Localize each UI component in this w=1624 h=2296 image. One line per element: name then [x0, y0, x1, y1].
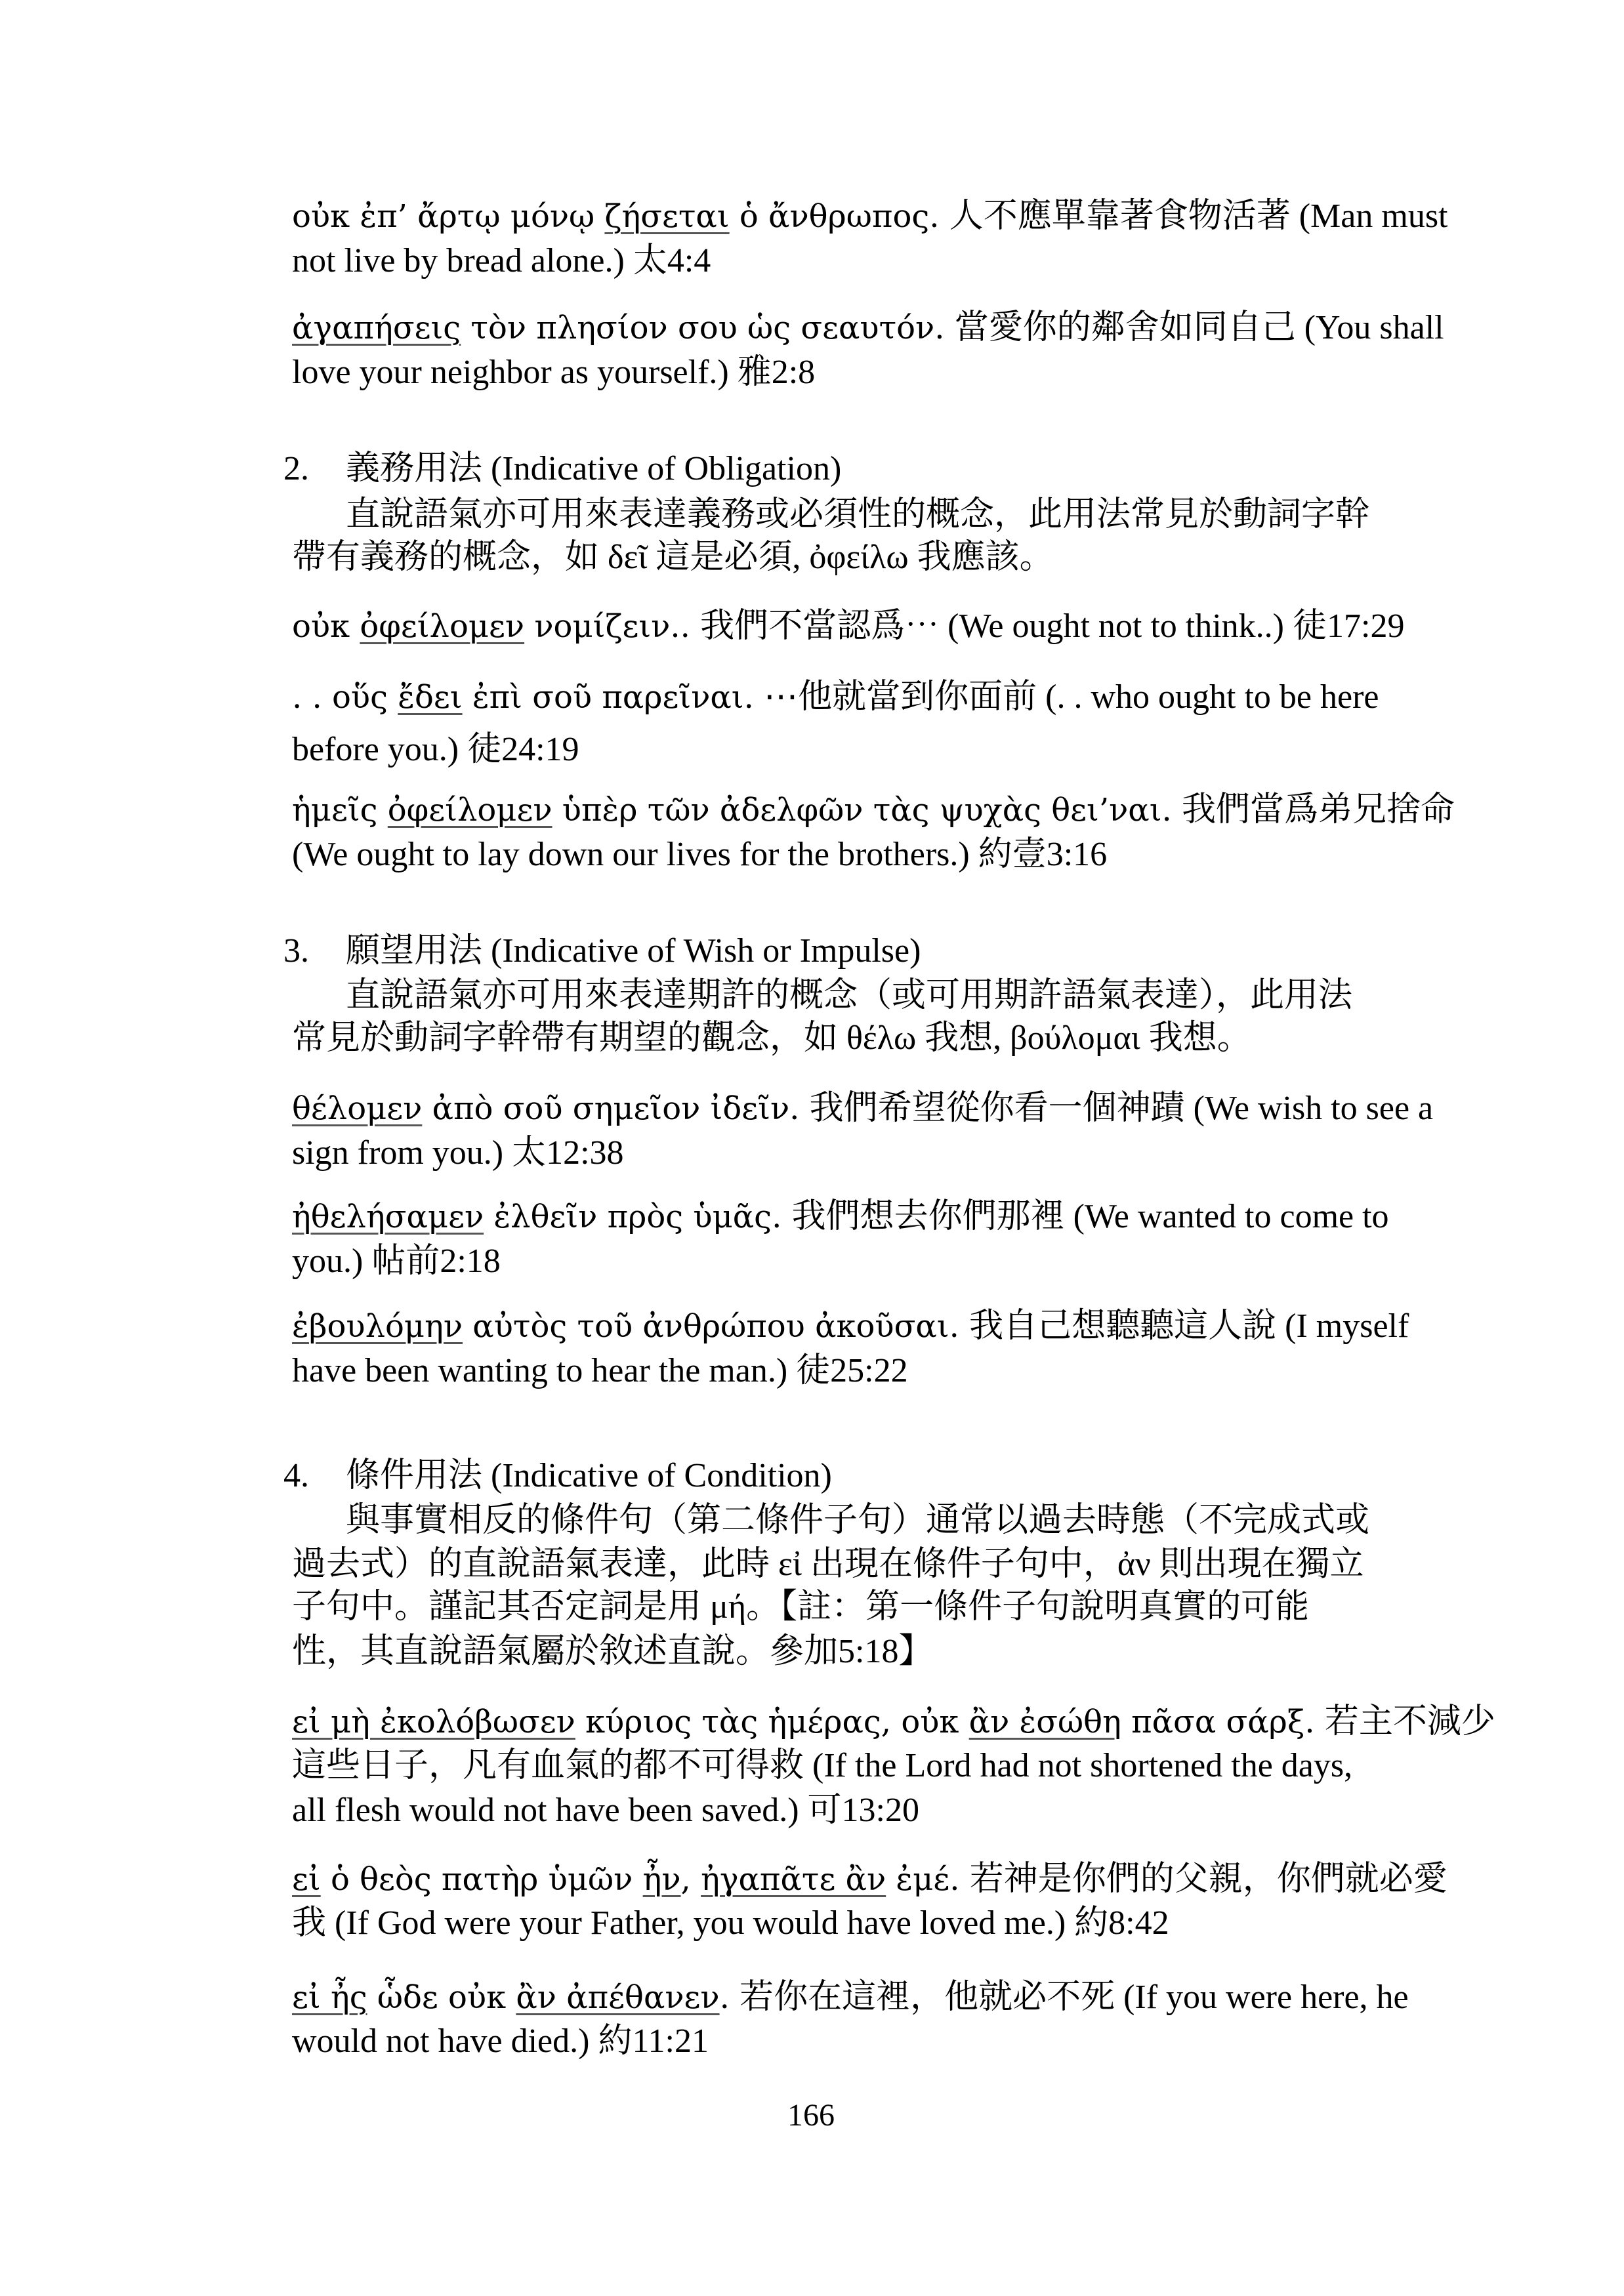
example-line: all flesh would not have been saved.) 可1… [292, 1788, 919, 1834]
document-page: οὐκ ἐπ’ ἄρτῳ μόνῳ ζήσεται ὁ ἄνθρωπος. 人不… [0, 0, 1624, 2296]
example-line: . . οὕς ἔδει ἐπὶ σοῦ παρεῖναι. ⋯他就當到你面前 … [292, 674, 1379, 720]
greek-verb-underlined: ὀφείλομεν [360, 608, 524, 645]
translation-text: before you.) 徒24:19 [292, 731, 579, 768]
translation-text: 若你在這裡，他就必不死 (If you were here, he [739, 1978, 1409, 2016]
section-heading: 願望用法 (Indicative of Wish or Impulse) [346, 928, 921, 974]
greek-text: ὁ θεὸς πατὴρ ὑμῶν [321, 1861, 643, 1898]
example-line: ἐβουλόμην αὐτὸς τοῦ ἀνθρώπου ἀκοῦσαι. 我自… [292, 1303, 1409, 1349]
section-number: 3. [283, 928, 309, 974]
greek-text: αὐτὸς τοῦ ἀνθρώπου ἀκοῦσαι. [463, 1308, 969, 1345]
translation-text: 我們希望從你看一個神蹟 (We wish to see a [810, 1090, 1433, 1127]
greek-text: ἐλθεῖν πρὸς ὑμᾶς. [484, 1199, 791, 1235]
translation-text: 我自己想聽聽這人說 (I myself [969, 1307, 1409, 1345]
translation-text: 若主不減少 [1325, 1703, 1495, 1740]
example-line: εἰ ὁ θεὸς πατὴρ ὑμῶν ἦν, ἠγαπᾶτε ἂν ἐμέ.… [292, 1856, 1447, 1902]
greek-text: τὸν πλησίον σου ὡς σεαυτόν. [461, 310, 955, 346]
translation-text: 這些日子，凡有血氣的都不可得救 (If the Lord had not sho… [292, 1747, 1352, 1784]
page-number: 166 [787, 2096, 835, 2135]
section-body-line: 直說語氣亦可用來表達義務或必須性的概念，此用法常見於動詞字幹 [346, 492, 1369, 538]
section-heading: 條件用法 (Indicative of Condition) [346, 1453, 832, 1499]
section-body-line: 過去式）的直說語氣表達，此時 εἰ 出現在條件子句中，ἀν 則出現在獨立 [292, 1542, 1364, 1588]
section-heading: 義務用法 (Indicative of Obligation) [346, 446, 841, 492]
greek-text: ἀπὸ σοῦ σημεῖον ἰδεῖν. [422, 1090, 809, 1127]
translation-text: you.) 帖前2:18 [292, 1242, 501, 1280]
greek-verb-underlined: ἠθελήσαμεν [292, 1199, 484, 1235]
translation-text: 當愛你的鄰舍如同自己 (You shall [955, 309, 1444, 346]
section-number: 4. [283, 1453, 309, 1499]
greek-verb-underlined: ἦν [643, 1861, 681, 1898]
section-body-line: 子句中。謹記其否定詞是用 μή。【註：第一條件子句說明真實的可能 [292, 1584, 1309, 1630]
section-body-line: 常見於動詞字幹帶有期望的觀念，如 θέλω 我想, βούλομαι 我想。 [292, 1015, 1251, 1061]
example-line: 我 (If God were your Father, you would ha… [292, 1900, 1169, 1946]
example-line: ἡμεῖς ὀφείλομεν ὑπὲρ τῶν ἀδελφῶν τὰς ψυχ… [292, 787, 1455, 833]
translation-text: 我們不當認爲⋯ (We ought not to think..) 徒17:29 [700, 607, 1404, 645]
example-line: θέλομεν ἀπὸ σοῦ σημεῖον ἰδεῖν. 我們希望從你看一個… [292, 1086, 1433, 1132]
example-line: you.) 帖前2:18 [292, 1239, 501, 1284]
section-body-line: 與事實相反的條件句（第二條件子句）通常以過去時態（不完成式或 [346, 1498, 1369, 1544]
translation-text: 若神是你們的父親，你們就必愛 [970, 1860, 1447, 1898]
example-line: 這些日子，凡有血氣的都不可得救 (If the Lord had not sho… [292, 1743, 1352, 1789]
example-line: ἠθελήσαμεν ἐλθεῖν πρὸς ὑμᾶς. 我們想去你們那裡 (W… [292, 1194, 1389, 1240]
greek-verb-underlined: ἐβουλόμην [292, 1308, 463, 1345]
greek-text: ἡμεῖς [292, 792, 388, 829]
example-line: εἰ ἦς ὧδε οὐκ ἂν ἀπέθανεν. 若你在這裡，他就必不死 (… [292, 1975, 1409, 2020]
greek-text: ὧδε οὐκ [367, 1979, 516, 2016]
translation-text: 我們想去你們那裡 (We wanted to come to [792, 1198, 1389, 1235]
translation-text: would not have died.) 約11:21 [292, 2022, 709, 2060]
section-body-line: 帶有義務的概念，如 δεῖ 這是必須, ὀφείλω 我應該。 [292, 535, 1054, 581]
greek-verb-underlined: ἂν ἐσώθη [969, 1704, 1121, 1740]
greek-text: πᾶσα σάρξ. [1121, 1704, 1325, 1740]
section-body-line: 性，其直說語氣屬於敘述直說。參加5:18】 [292, 1629, 932, 1675]
section-body-line: 直說語氣亦可用來表達期許的概念（或可用期許語氣表達），此用法 [346, 973, 1352, 1019]
greek-text: ὑπὲρ τῶν ἀδελφῶν τὰς ψυχὰς θει’ναι. [552, 792, 1182, 829]
section-number: 2. [283, 446, 309, 492]
translation-text: love your neighbor as yourself.) 雅2:8 [292, 354, 815, 391]
example-line: οὐκ ὀφείλομεν νομίζειν.. 我們不當認爲⋯ (We oug… [292, 604, 1404, 649]
greek-verb-underlined: ἂν ἀπέθανεν [516, 1979, 719, 2016]
example-line: ἀγαπήσεις τὸν πλησίον σου ὡς σεαυτόν. 當愛… [292, 305, 1444, 351]
translation-text: (We ought to lay down our lives for the … [292, 836, 1107, 873]
example-line: εἰ μὴ ἐκολόβωσεν κύριος τὰς ἡμέρας, οὐκ … [292, 1699, 1495, 1745]
greek-text: . . οὕς [292, 679, 398, 716]
translation-text: have been wanting to hear the man.) 徒25:… [292, 1352, 908, 1389]
greek-verb-underlined: ἔδει [398, 679, 462, 716]
greek-verb-underlined: ἠγαπᾶτε ἂν [701, 1861, 886, 1898]
greek-verb-underlined: ἀγαπήσεις [292, 310, 461, 346]
example-line: (We ought to lay down our lives for the … [292, 832, 1107, 878]
example-line: οὐκ ἐπ’ ἄρτῳ μόνῳ ζήσεται ὁ ἄνθρωπος. 人不… [292, 194, 1448, 239]
greek-text: , [681, 1861, 701, 1898]
greek-text: νομίζειν.. [524, 608, 700, 645]
example-line: not live by bread alone.) 太4:4 [292, 238, 711, 284]
greek-text: οὐκ ἐπ’ ἄρτῳ μόνῳ [292, 198, 604, 235]
greek-verb-underlined: εἰ [292, 1861, 321, 1898]
translation-text: 我們當爲弟兄捨命 [1182, 791, 1455, 829]
greek-text: οὐκ [292, 608, 360, 645]
translation-text: sign from you.) 太12:38 [292, 1134, 624, 1172]
translation-text: 人不應單靠著食物活著 (Man must [949, 197, 1448, 235]
greek-text: ἐμέ. [886, 1861, 970, 1898]
greek-text: ὁ ἄνθρωπος. [730, 198, 949, 235]
example-line: would not have died.) 約11:21 [292, 2019, 709, 2064]
greek-verb-underlined: θέλομεν [292, 1090, 422, 1127]
greek-text: . [720, 1979, 740, 2016]
translation-text: 我 (If God were your Father, you would ha… [292, 1904, 1169, 1942]
example-line: love your neighbor as yourself.) 雅2:8 [292, 350, 815, 396]
example-line: sign from you.) 太12:38 [292, 1130, 624, 1176]
translation-text: all flesh would not have been saved.) 可1… [292, 1792, 919, 1829]
greek-text: κύριος τὰς ἡμέρας, οὐκ [575, 1704, 969, 1740]
greek-verb-underlined: εἰ μὴ ἐκολόβωσεν [292, 1704, 575, 1740]
translation-text: ⋯他就當到你面前 (. . who ought to be here [764, 678, 1379, 716]
translation-text: not live by bread alone.) 太4:4 [292, 242, 711, 279]
example-line: before you.) 徒24:19 [292, 727, 579, 773]
greek-text: ἐπὶ σοῦ παρεῖναι. [463, 679, 764, 716]
greek-verb-underlined: εἰ ἦς [292, 1979, 367, 2016]
greek-verb-underlined: ζήσεται [604, 198, 729, 235]
greek-verb-underlined: ὀφείλομεν [388, 792, 552, 829]
example-line: have been wanting to hear the man.) 徒25:… [292, 1348, 908, 1394]
